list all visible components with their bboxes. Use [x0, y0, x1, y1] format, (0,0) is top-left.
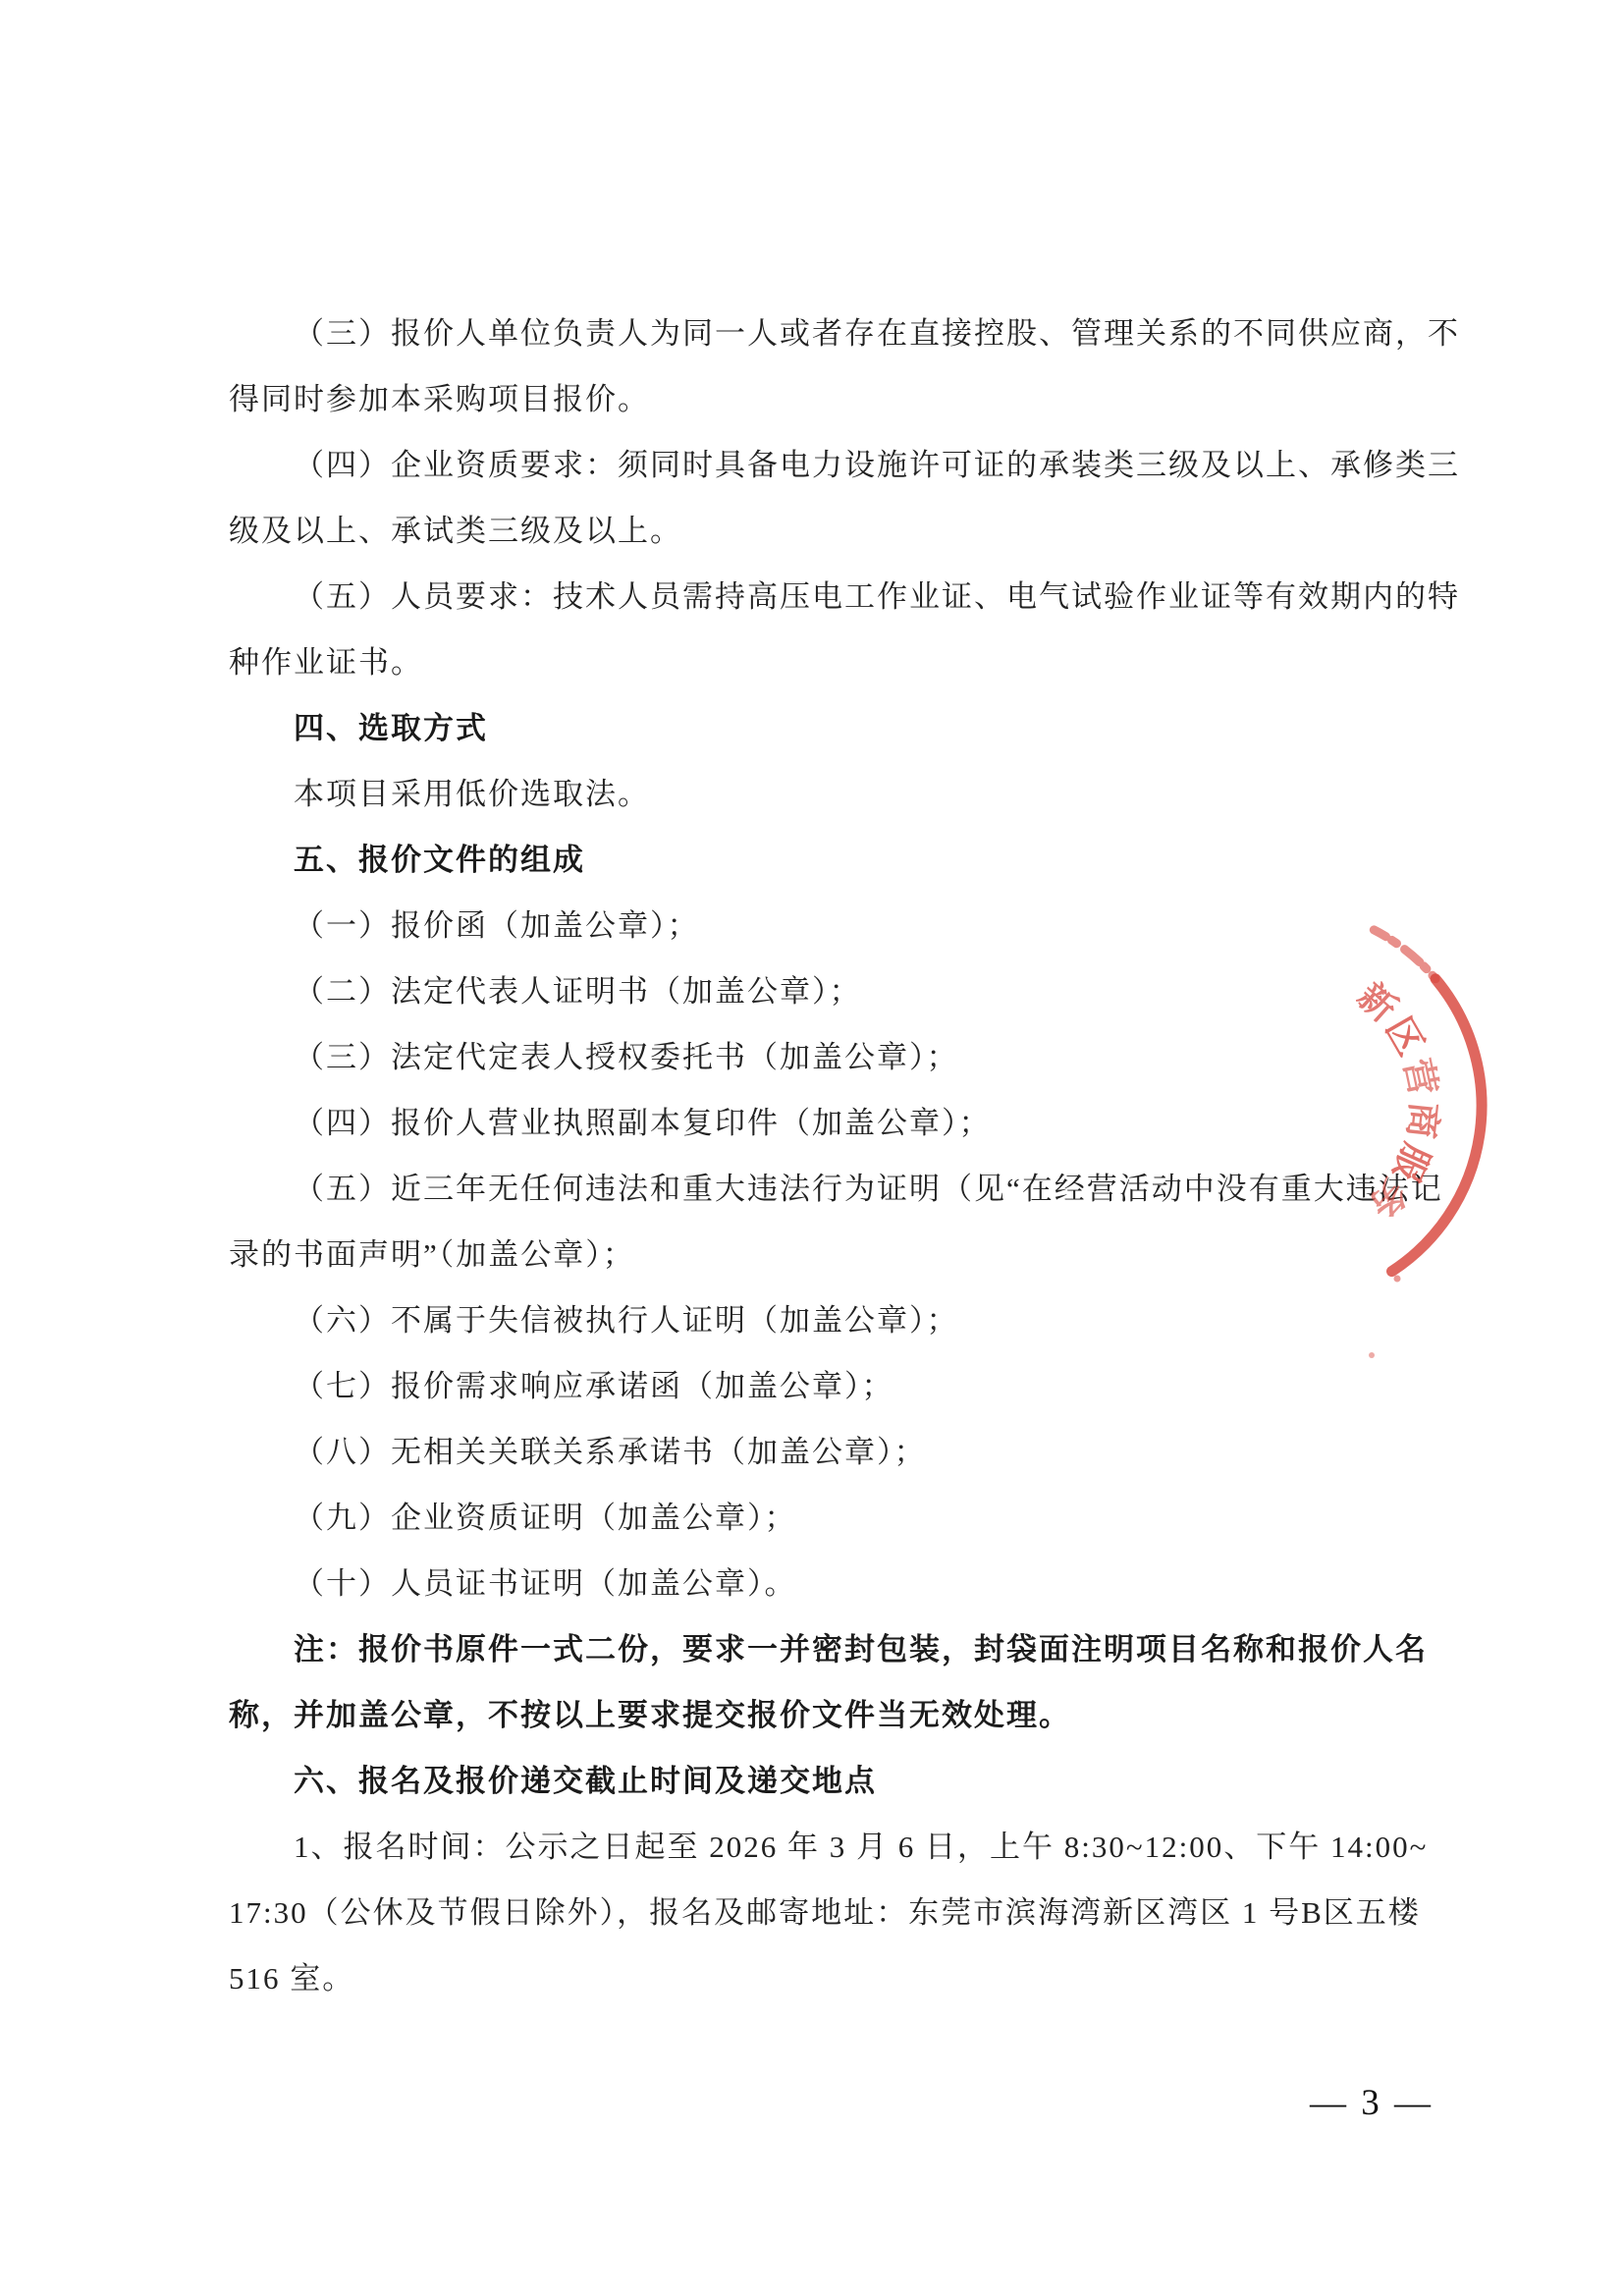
- text-line: （一）报价函（加盖公章）；: [229, 893, 1468, 958]
- text-line: 516 室。: [229, 1945, 1468, 2011]
- document-body: （三）报价人单位负责人为同一人或者存在直接控股、管理关系的不同供应商，不得同时参…: [229, 301, 1468, 2011]
- page-number: — 3 —: [1298, 2074, 1445, 2133]
- text-line: （十）人员证书证明（加盖公章）。: [229, 1551, 1468, 1616]
- text-line: （九）企业资质证明（加盖公章）；: [229, 1485, 1468, 1551]
- text-line: （三）报价人单位负责人为同一人或者存在直接控股、管理关系的不同供应商，不: [229, 301, 1468, 366]
- text-line: 本项目采用低价选取法。: [229, 761, 1468, 827]
- section-heading-line: 五、报价文件的组成: [229, 827, 1468, 893]
- text-line: 得同时参加本采购项目报价。: [229, 366, 1468, 432]
- text-line: （五）近三年无任何违法和重大违法行为证明（见“在经营活动中没有重大违法记: [229, 1156, 1468, 1222]
- section-heading-line: 六、报名及报价递交截止时间及递交地点: [229, 1748, 1468, 1814]
- text-line: （四）报价人营业执照副本复印件（加盖公章）；: [229, 1090, 1468, 1156]
- text-line: 注：报价书原件一式二份，要求一并密封包装，封袋面注明项目名称和报价人名: [229, 1616, 1468, 1682]
- text-line: （四）企业资质要求：须同时具备电力设施许可证的承装类三级及以上、承修类三: [229, 432, 1468, 498]
- text-line: 种作业证书。: [229, 629, 1468, 695]
- text-line: （五）人员要求：技术人员需持高压电工作业证、电气试验作业证等有效期内的特: [229, 564, 1468, 629]
- text-line: （二）法定代表人证明书（加盖公章）；: [229, 958, 1468, 1024]
- text-line: 称，并加盖公章，不按以上要求提交报价文件当无效处理。: [229, 1682, 1468, 1748]
- text-line: 17:30（公休及节假日除外），报名及邮寄地址：东莞市滨海湾新区湾区 1 号B区…: [229, 1880, 1468, 1945]
- text-line: （六）不属于失信被执行人证明（加盖公章）；: [229, 1287, 1468, 1353]
- text-line: （七）报价需求响应承诺函（加盖公章）；: [229, 1353, 1468, 1419]
- text-line: 录的书面声明”（加盖公章）；: [229, 1222, 1468, 1287]
- document-page: （三）报价人单位负责人为同一人或者存在直接控股、管理关系的不同供应商，不得同时参…: [0, 0, 1624, 2296]
- text-line: （三）法定代定表人授权委托书（加盖公章）；: [229, 1024, 1468, 1090]
- text-line: 1、报名时间：公示之日起至 2026 年 3 月 6 日，上午 8:30~12:…: [229, 1814, 1468, 1880]
- section-heading-line: 四、选取方式: [229, 695, 1468, 761]
- text-line: （八）无相关关联关系承诺书（加盖公章）；: [229, 1419, 1468, 1485]
- text-line: 级及以上、承试类三级及以上。: [229, 498, 1468, 564]
